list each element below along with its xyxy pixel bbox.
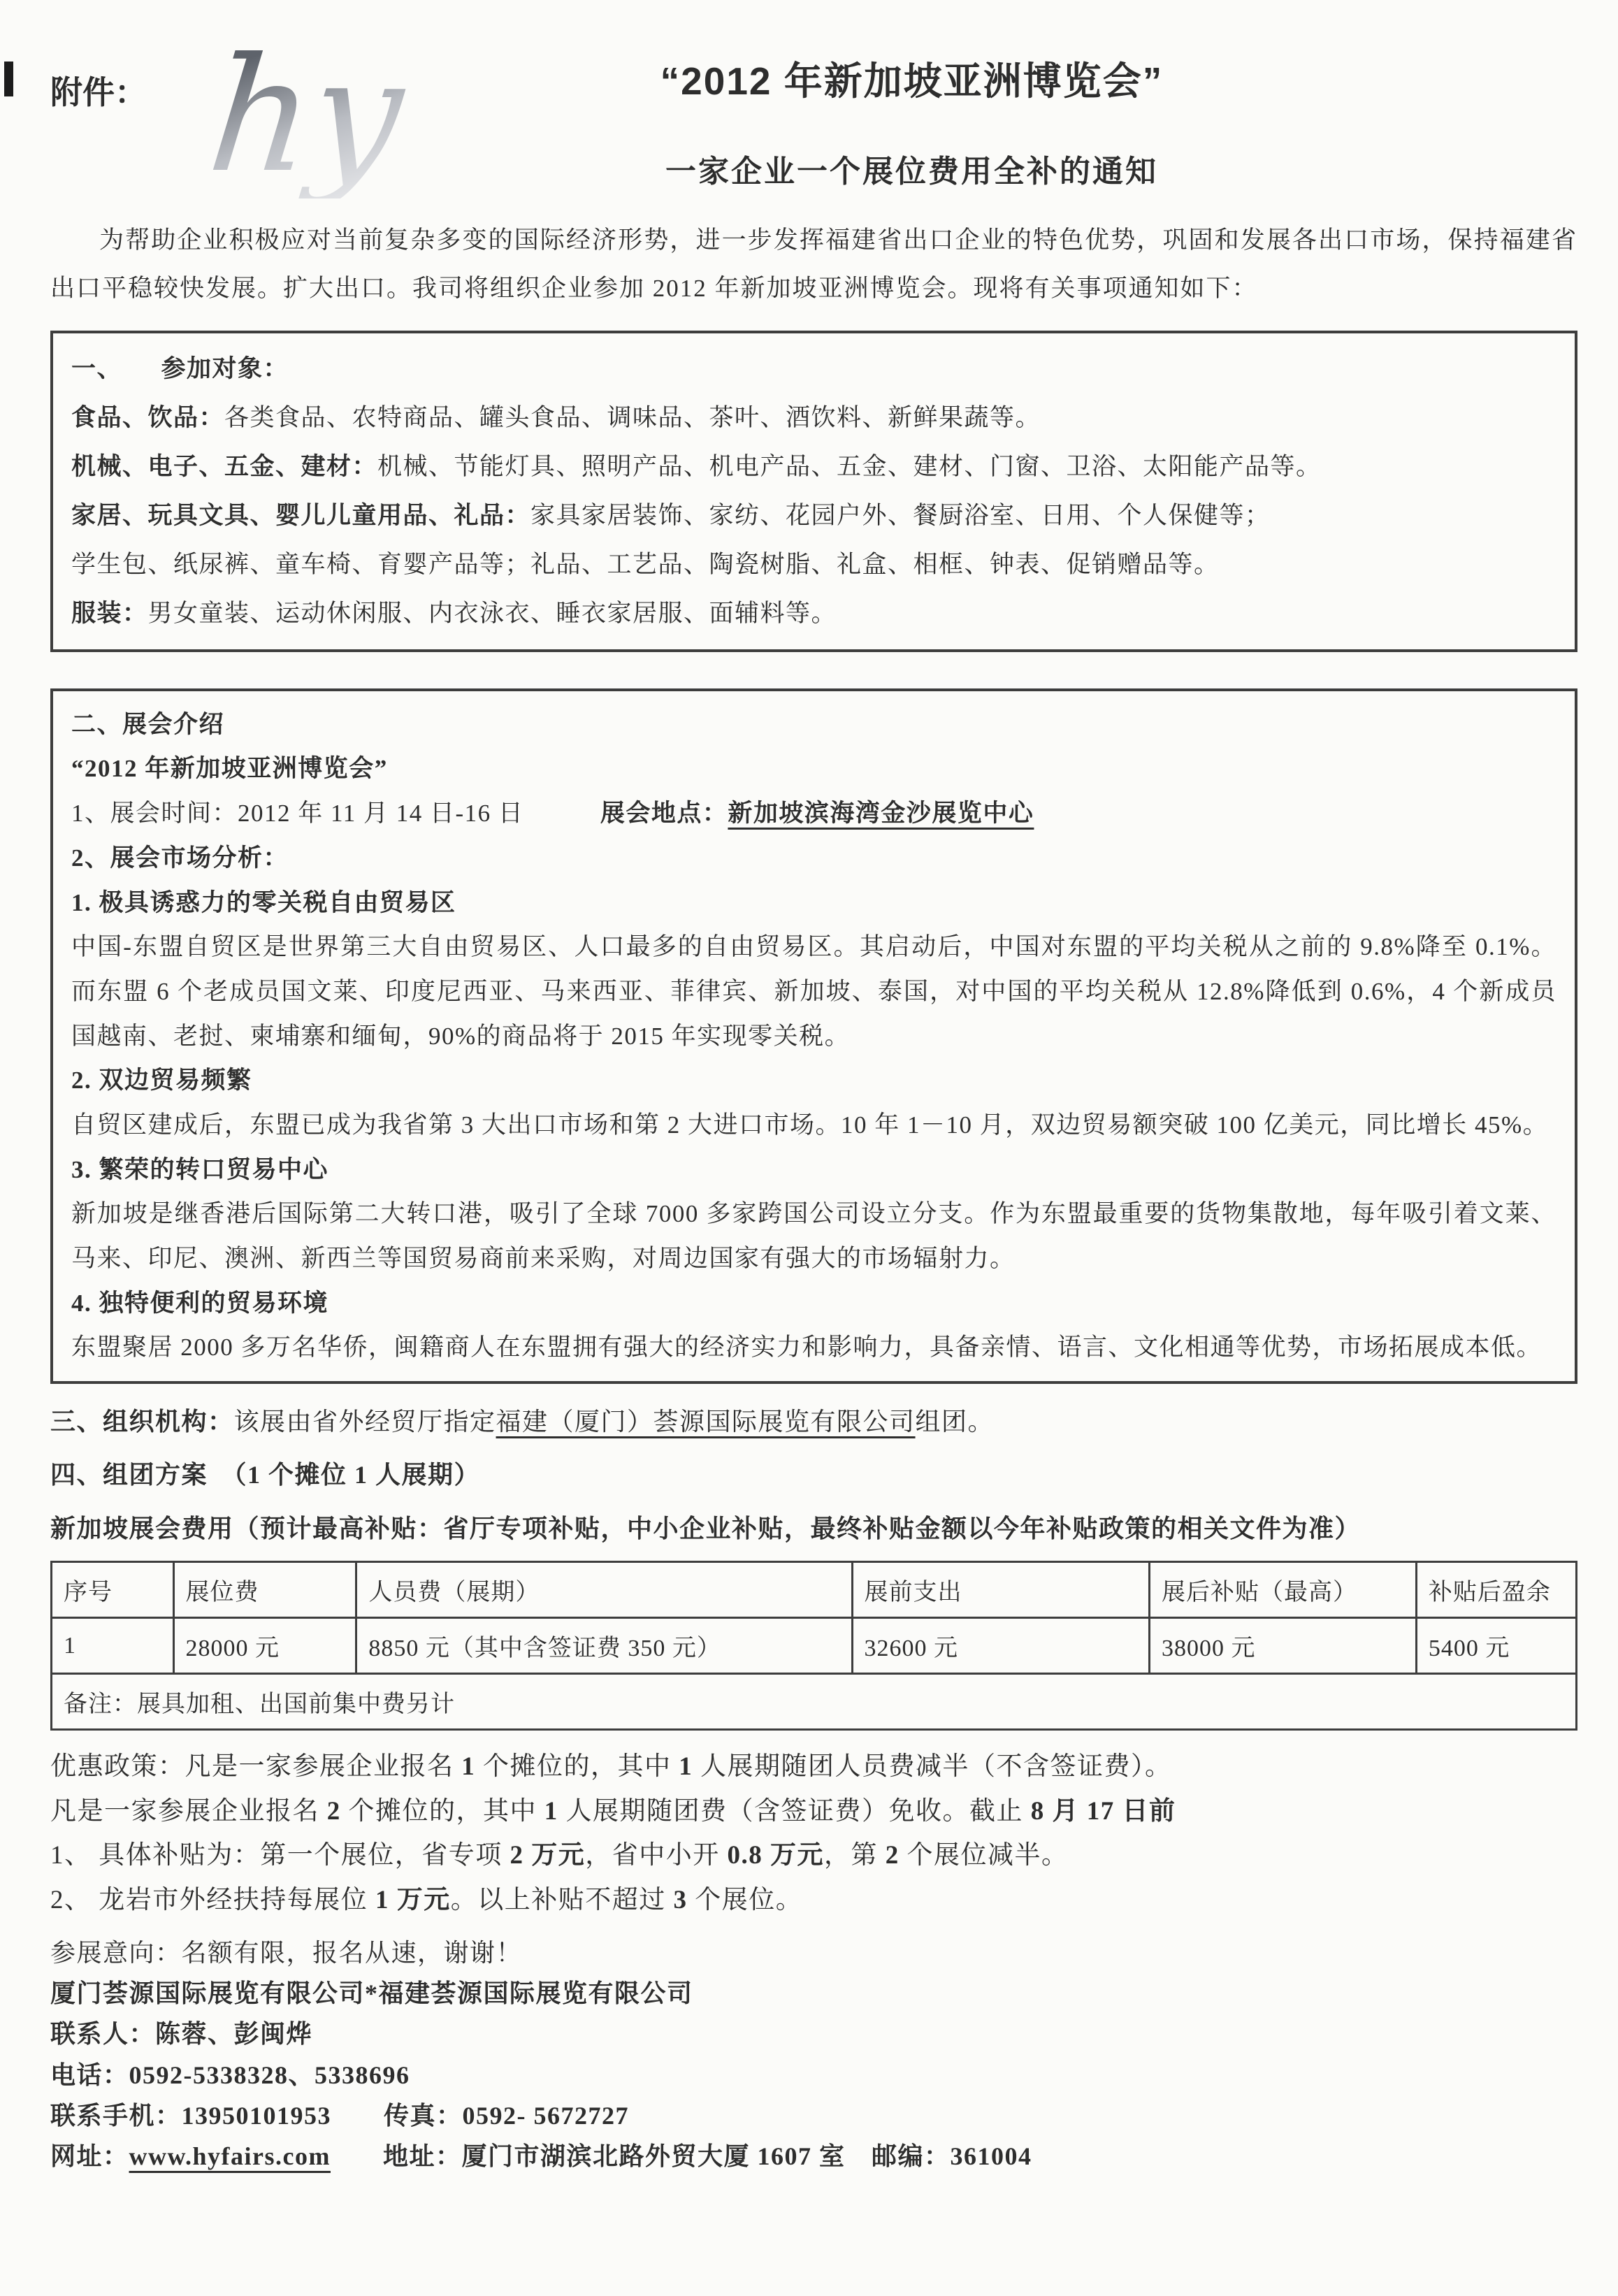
table-note: 备注：展具加租、出国前集中费另计 — [52, 1674, 1577, 1730]
point4-title: 4. 独特便利的贸易环境 — [71, 1281, 1556, 1326]
intro-paragraph: 为帮助企业积极应对当前复杂多变的国际经济形势，进一步发挥福建省出口企业的特色优势… — [50, 217, 1577, 312]
website-address-line: 网址：www.hyfairs.com 地址：厦门市湖滨北路外贸大厦 1607 室… — [50, 2136, 1577, 2176]
fee-note: 新加坡展会费用（预计最高补贴：省厅专项补贴，中小企业补贴，最终补贴金额以今年补贴… — [50, 1505, 1577, 1552]
contact-person-line: 联系人：陈蓉、彭闽烨 — [50, 2014, 1577, 2054]
category-home-gifts: 家居、玩具文具、婴儿儿童用品、礼品：家具家居装饰、家纺、花园户外、餐厨浴室、日用… — [71, 491, 1556, 540]
section2-heading: 二、展会介绍 — [71, 702, 1556, 747]
plan-heading: 四、组团方案 （1 个摊位 1 人展期） — [50, 1451, 1577, 1499]
col-header-personnel-fee: 人员费（展期） — [356, 1562, 852, 1618]
organizer-line: 三、组织机构：该展由省外经贸厅指定福建（厦门）荟源国际展览有限公司组团。 — [50, 1398, 1577, 1445]
cost-table-row: 1 28000 元 8850 元（其中含签证费 350 元） 32600 元 3… — [52, 1618, 1577, 1674]
point1-body: 中国-东盟自贸区是世界第三大自由贸易区、人口最多的自由贸易区。其启动后，中国对东… — [71, 925, 1556, 1058]
title-block: “2012 年新加坡亚洲博览会” 一家企业一个展位费用全补的通知 — [421, 34, 1577, 191]
col-header-subsidy: 展后补贴（最高） — [1150, 1562, 1417, 1618]
category-home-gifts-cont: 学生包、纸尿裤、童车椅、育婴产品等；礼品、工艺品、陶瓷树脂、礼盒、相框、钟表、促… — [71, 540, 1556, 589]
section1-heading: 一、 参加对象： — [71, 345, 1556, 394]
participants-box: 一、 参加对象： 食品、饮品：各类食品、农特商品、罐头食品、调味品、茶叶、酒饮料… — [50, 331, 1577, 652]
exhibition-intro-box: 二、展会介绍 “2012 年新加坡亚洲博览会” 1、展会时间：2012 年 11… — [50, 688, 1577, 1384]
cost-table-header-row: 序号 展位费 人员费（展期） 展前支出 展后补贴（最高） 补贴后盈余 — [52, 1562, 1577, 1618]
point2-body: 自贸区建成后，东盟已成为我省第 3 大出口市场和第 2 大进口市场。10 年 1… — [71, 1103, 1556, 1148]
attachment-label: 附件： — [50, 34, 211, 113]
col-header-booth-fee: 展位费 — [173, 1562, 356, 1618]
cell-index: 1 — [52, 1618, 174, 1674]
company-line: 厦门荟源国际展览有限公司*福建荟源国际展览有限公司 — [50, 1973, 1577, 2014]
point1-title: 1. 极具诱惑力的零关税自由贸易区 — [71, 881, 1556, 925]
point2-title: 2. 双边贸易频繁 — [71, 1058, 1556, 1103]
intent-line: 参展意向：名额有限，报名从速，谢谢！ — [50, 1933, 1577, 1973]
market-analysis-heading: 2、展会市场分析： — [71, 836, 1556, 881]
scanned-document-page: 附件： hy “2012 年新加坡亚洲博览会” 一家企业一个展位费用全补的通知 … — [0, 0, 1618, 2296]
col-header-surplus: 补贴后盈余 — [1416, 1562, 1576, 1618]
cell-personnel-fee: 8850 元（其中含签证费 350 元） — [356, 1618, 852, 1674]
cell-booth-fee: 28000 元 — [173, 1618, 356, 1674]
mobile-fax-line: 联系手机：13950101953 传真：0592- 5672727 — [50, 2095, 1577, 2136]
point3-title: 3. 繁荣的转口贸易中心 — [71, 1148, 1556, 1192]
contact-block: 参展意向：名额有限，报名从速，谢谢！ 厦门荟源国际展览有限公司*福建荟源国际展览… — [50, 1933, 1577, 2177]
document-title: “2012 年新加坡亚洲博览会” — [421, 50, 1403, 106]
cost-table-note-row: 备注：展具加租、出国前集中费另计 — [52, 1674, 1577, 1730]
fair-name: “2012 年新加坡亚洲博览会” — [71, 746, 1556, 791]
time-venue-line: 1、展会时间：2012 年 11 月 14 日-16 日 展会地点：新加坡滨海湾… — [71, 791, 1556, 836]
policy-block: 优惠政策：凡是一家参展企业报名 1 个摊位的，其中 1 人展期随团人员费减半（不… — [50, 1745, 1577, 1923]
policy-line-1: 优惠政策：凡是一家参展企业报名 1 个摊位的，其中 1 人展期随团人员费减半（不… — [50, 1745, 1577, 1789]
category-food-drinks: 食品、饮品：各类食品、农特商品、罐头食品、调味品、茶叶、酒饮料、新鲜果蔬等。 — [71, 394, 1556, 442]
policy-line-2: 凡是一家参展企业报名 2 个摊位的，其中 1 人展期随团费（含签证费）免收。截止… — [50, 1789, 1577, 1834]
scan-artifact — [4, 62, 13, 96]
document-subtitle: 一家企业一个展位费用全补的通知 — [421, 146, 1403, 191]
policy-subsidy-2: 2、 龙岩市外经扶持每展位 1 万元。以上补贴不超过 3 个展位。 — [50, 1878, 1577, 1923]
cell-subsidy: 38000 元 — [1150, 1618, 1417, 1674]
category-machinery: 机械、电子、五金、建材：机械、节能灯具、照明产品、机电产品、五金、建材、门窗、卫… — [71, 442, 1556, 491]
cell-pre-show-cost: 32600 元 — [852, 1618, 1149, 1674]
policy-subsidy-1: 1、 具体补贴为：第一个展位，省专项 2 万元，省中小开 0.8 万元，第 2 … — [50, 1833, 1577, 1878]
col-header-index: 序号 — [52, 1562, 174, 1618]
point3-body: 新加坡是继香港后国际第二大转口港，吸引了全球 7000 多家跨国公司设立分支。作… — [71, 1192, 1556, 1280]
hy-logo: hy — [203, 34, 430, 198]
phone-line: 电话：0592-5338328、5338696 — [50, 2055, 1577, 2095]
cell-surplus: 5400 元 — [1416, 1618, 1576, 1674]
cost-table: 序号 展位费 人员费（展期） 展前支出 展后补贴（最高） 补贴后盈余 1 280… — [50, 1561, 1577, 1731]
document-header: 附件： hy “2012 年新加坡亚洲博览会” 一家企业一个展位费用全补的通知 — [50, 34, 1577, 198]
point4-body: 东盟聚居 2000 多万名华侨，闽籍商人在东盟拥有强大的经济实力和影响力，具备亲… — [71, 1325, 1556, 1370]
col-header-pre-show-cost: 展前支出 — [852, 1562, 1149, 1618]
category-apparel: 服装：男女童装、运动休闲服、内衣泳衣、睡衣家居服、面辅料等。 — [71, 589, 1556, 638]
